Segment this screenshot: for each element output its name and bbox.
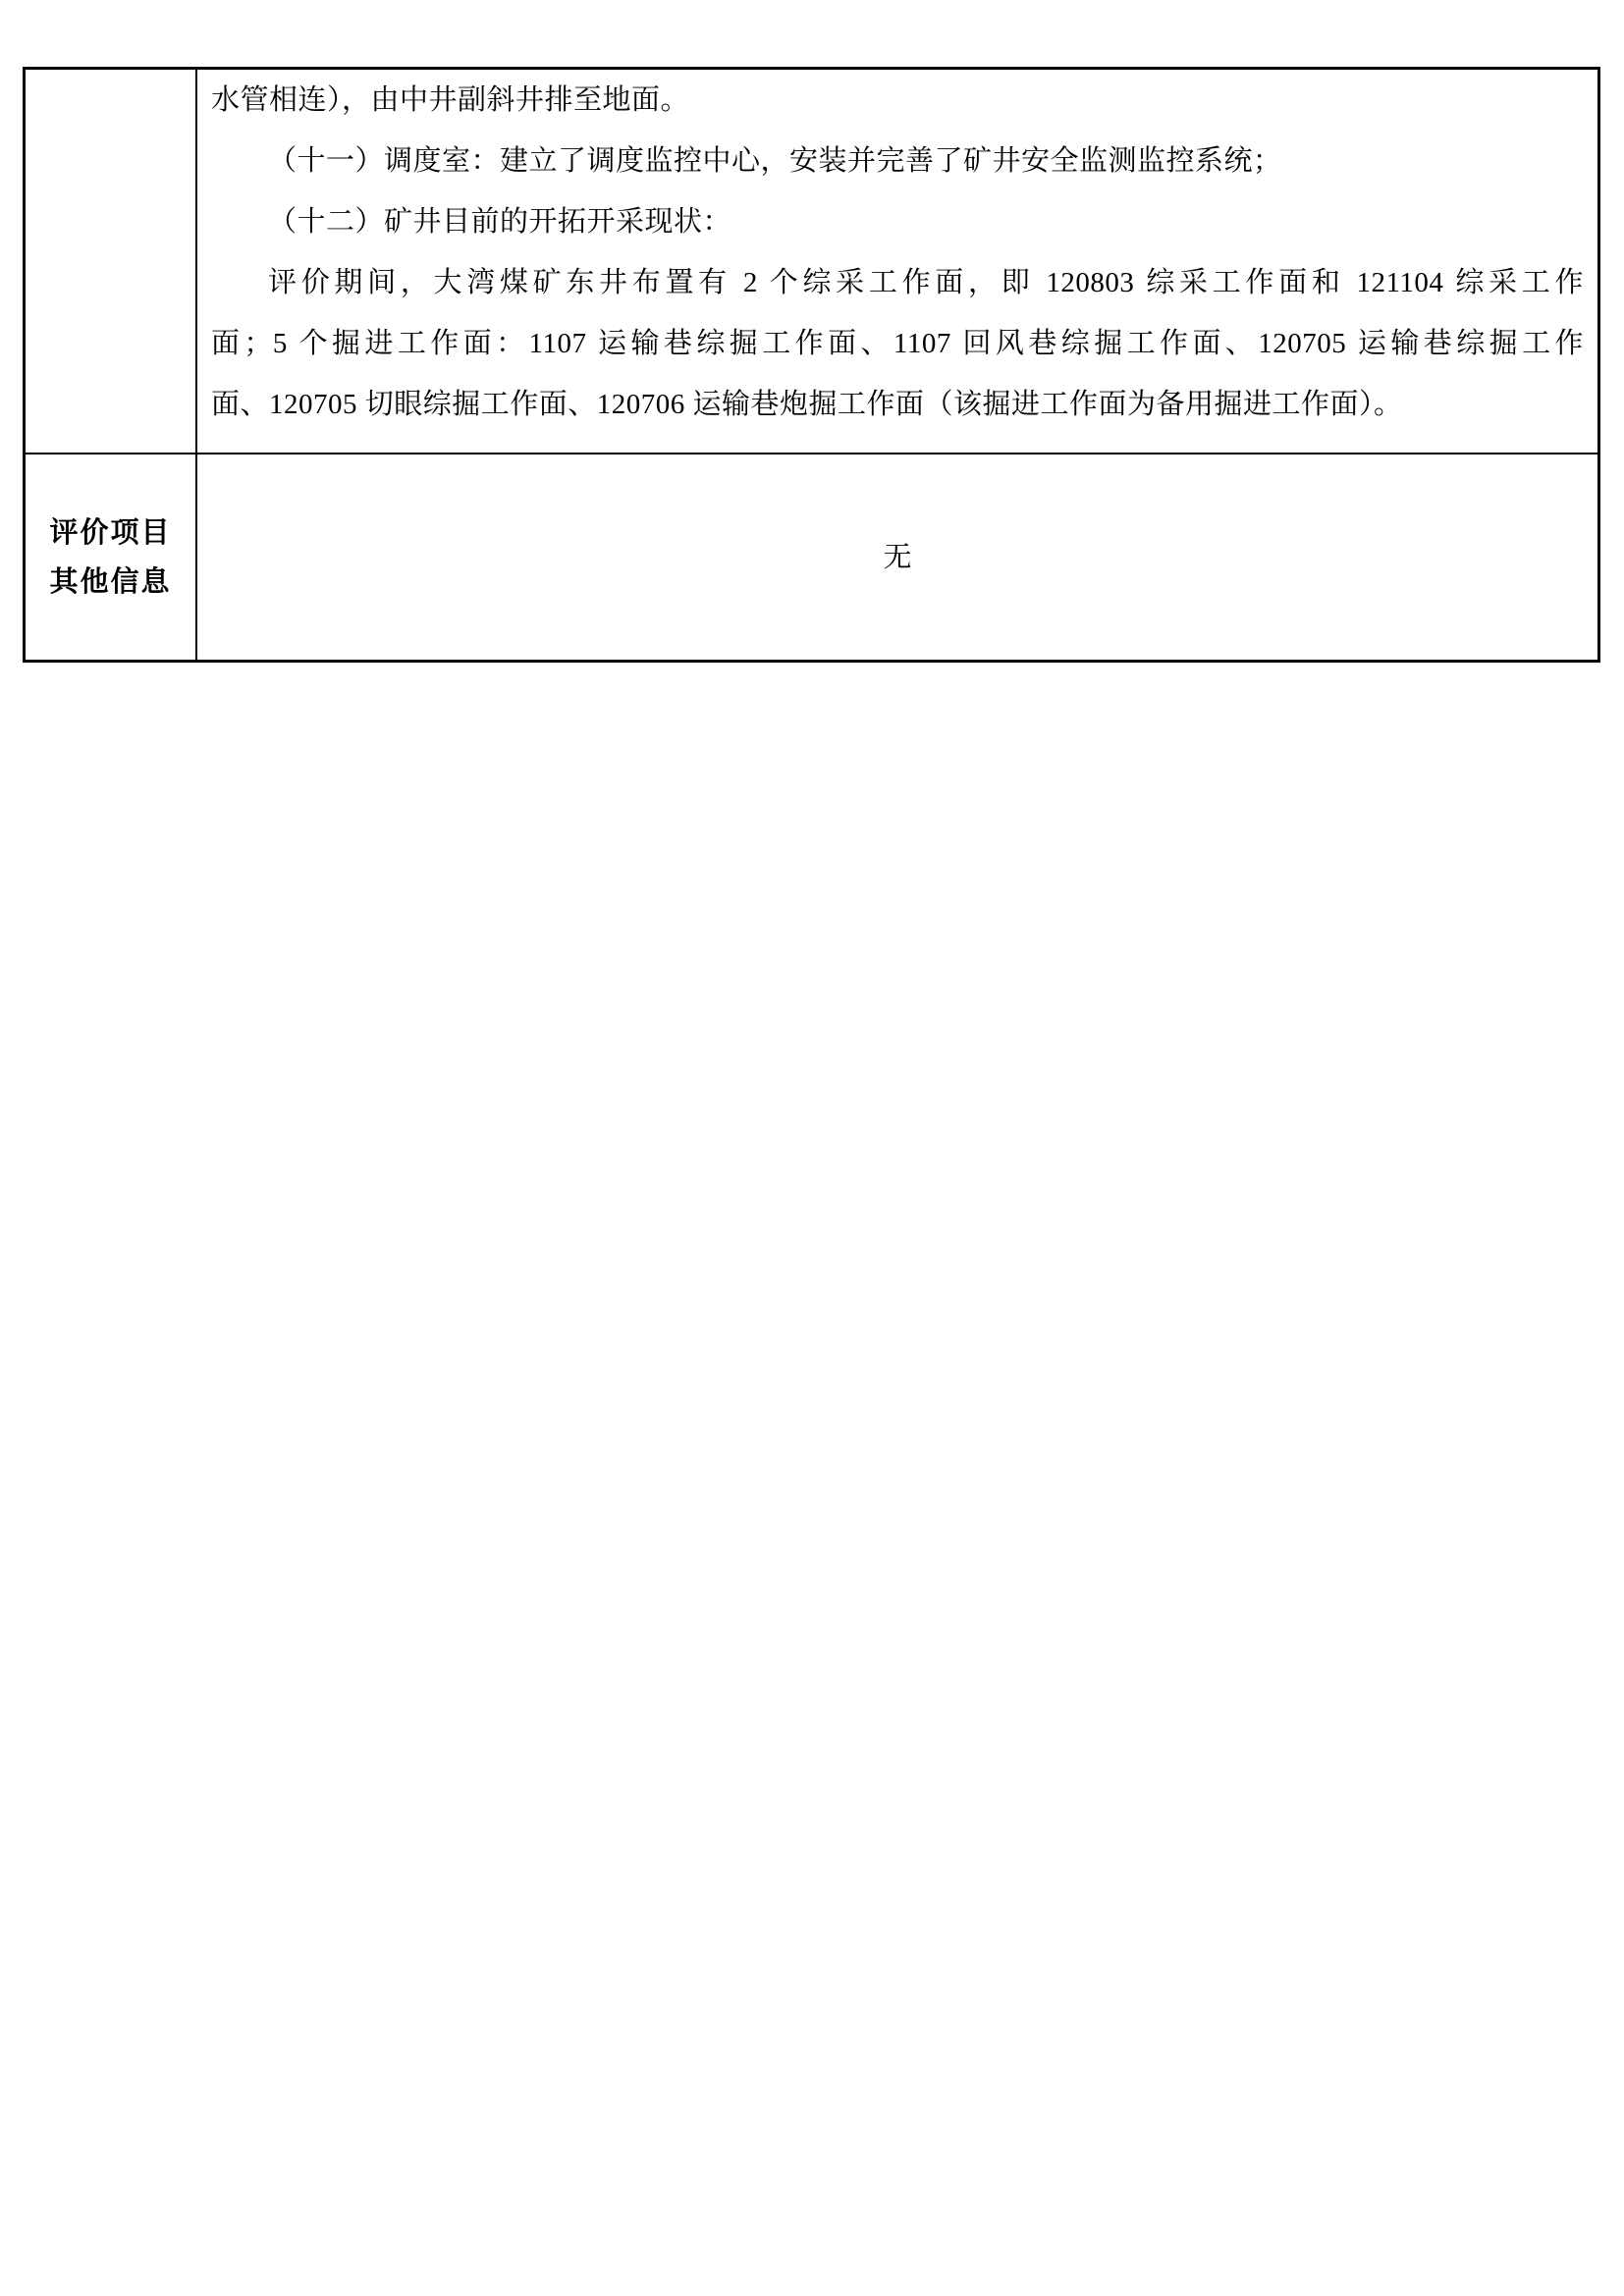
- paragraph-line-2: （十一）调度室：建立了调度监控中心，安装并完善了矿井安全监测监控系统；: [211, 131, 1584, 191]
- paragraph-line-4: 评价期间，大湾煤矿东井布置有 2 个综采工作面，即 120803 综采工作面和 …: [211, 252, 1584, 313]
- row2-value: 无: [883, 538, 911, 577]
- evaluation-info-table: 水管相连），由中井副斜井排至地面。 （十一）调度室：建立了调度监控中心，安装并完…: [23, 67, 1600, 663]
- row2-value-cell: 无: [197, 454, 1597, 660]
- row2-label-line-1: 评价项目: [49, 508, 171, 558]
- paragraph-line-6: 面、120705 切眼综掘工作面、120706 运输巷炮掘工作面（该掘进工作面为…: [211, 374, 1584, 435]
- paragraph-line-5: 面；5 个掘进工作面：1107 运输巷综掘工作面、1107 回风巷综掘工作面、1…: [211, 313, 1584, 374]
- paragraph-line-1: 水管相连），由中井副斜井排至地面。: [211, 70, 1584, 131]
- row1-content-cell: 水管相连），由中井副斜井排至地面。 （十一）调度室：建立了调度监控中心，安装并完…: [197, 70, 1597, 454]
- row2-label-line-2: 其他信息: [49, 558, 171, 607]
- row2-label-cell: 评价项目 其他信息: [26, 454, 197, 660]
- row1-label-cell-empty: [26, 70, 197, 454]
- document-page: 水管相连），由中井副斜井排至地面。 （十一）调度室：建立了调度监控中心，安装并完…: [0, 0, 1624, 2296]
- paragraph-line-3: （十二）矿井目前的开拓开采现状：: [211, 191, 1584, 252]
